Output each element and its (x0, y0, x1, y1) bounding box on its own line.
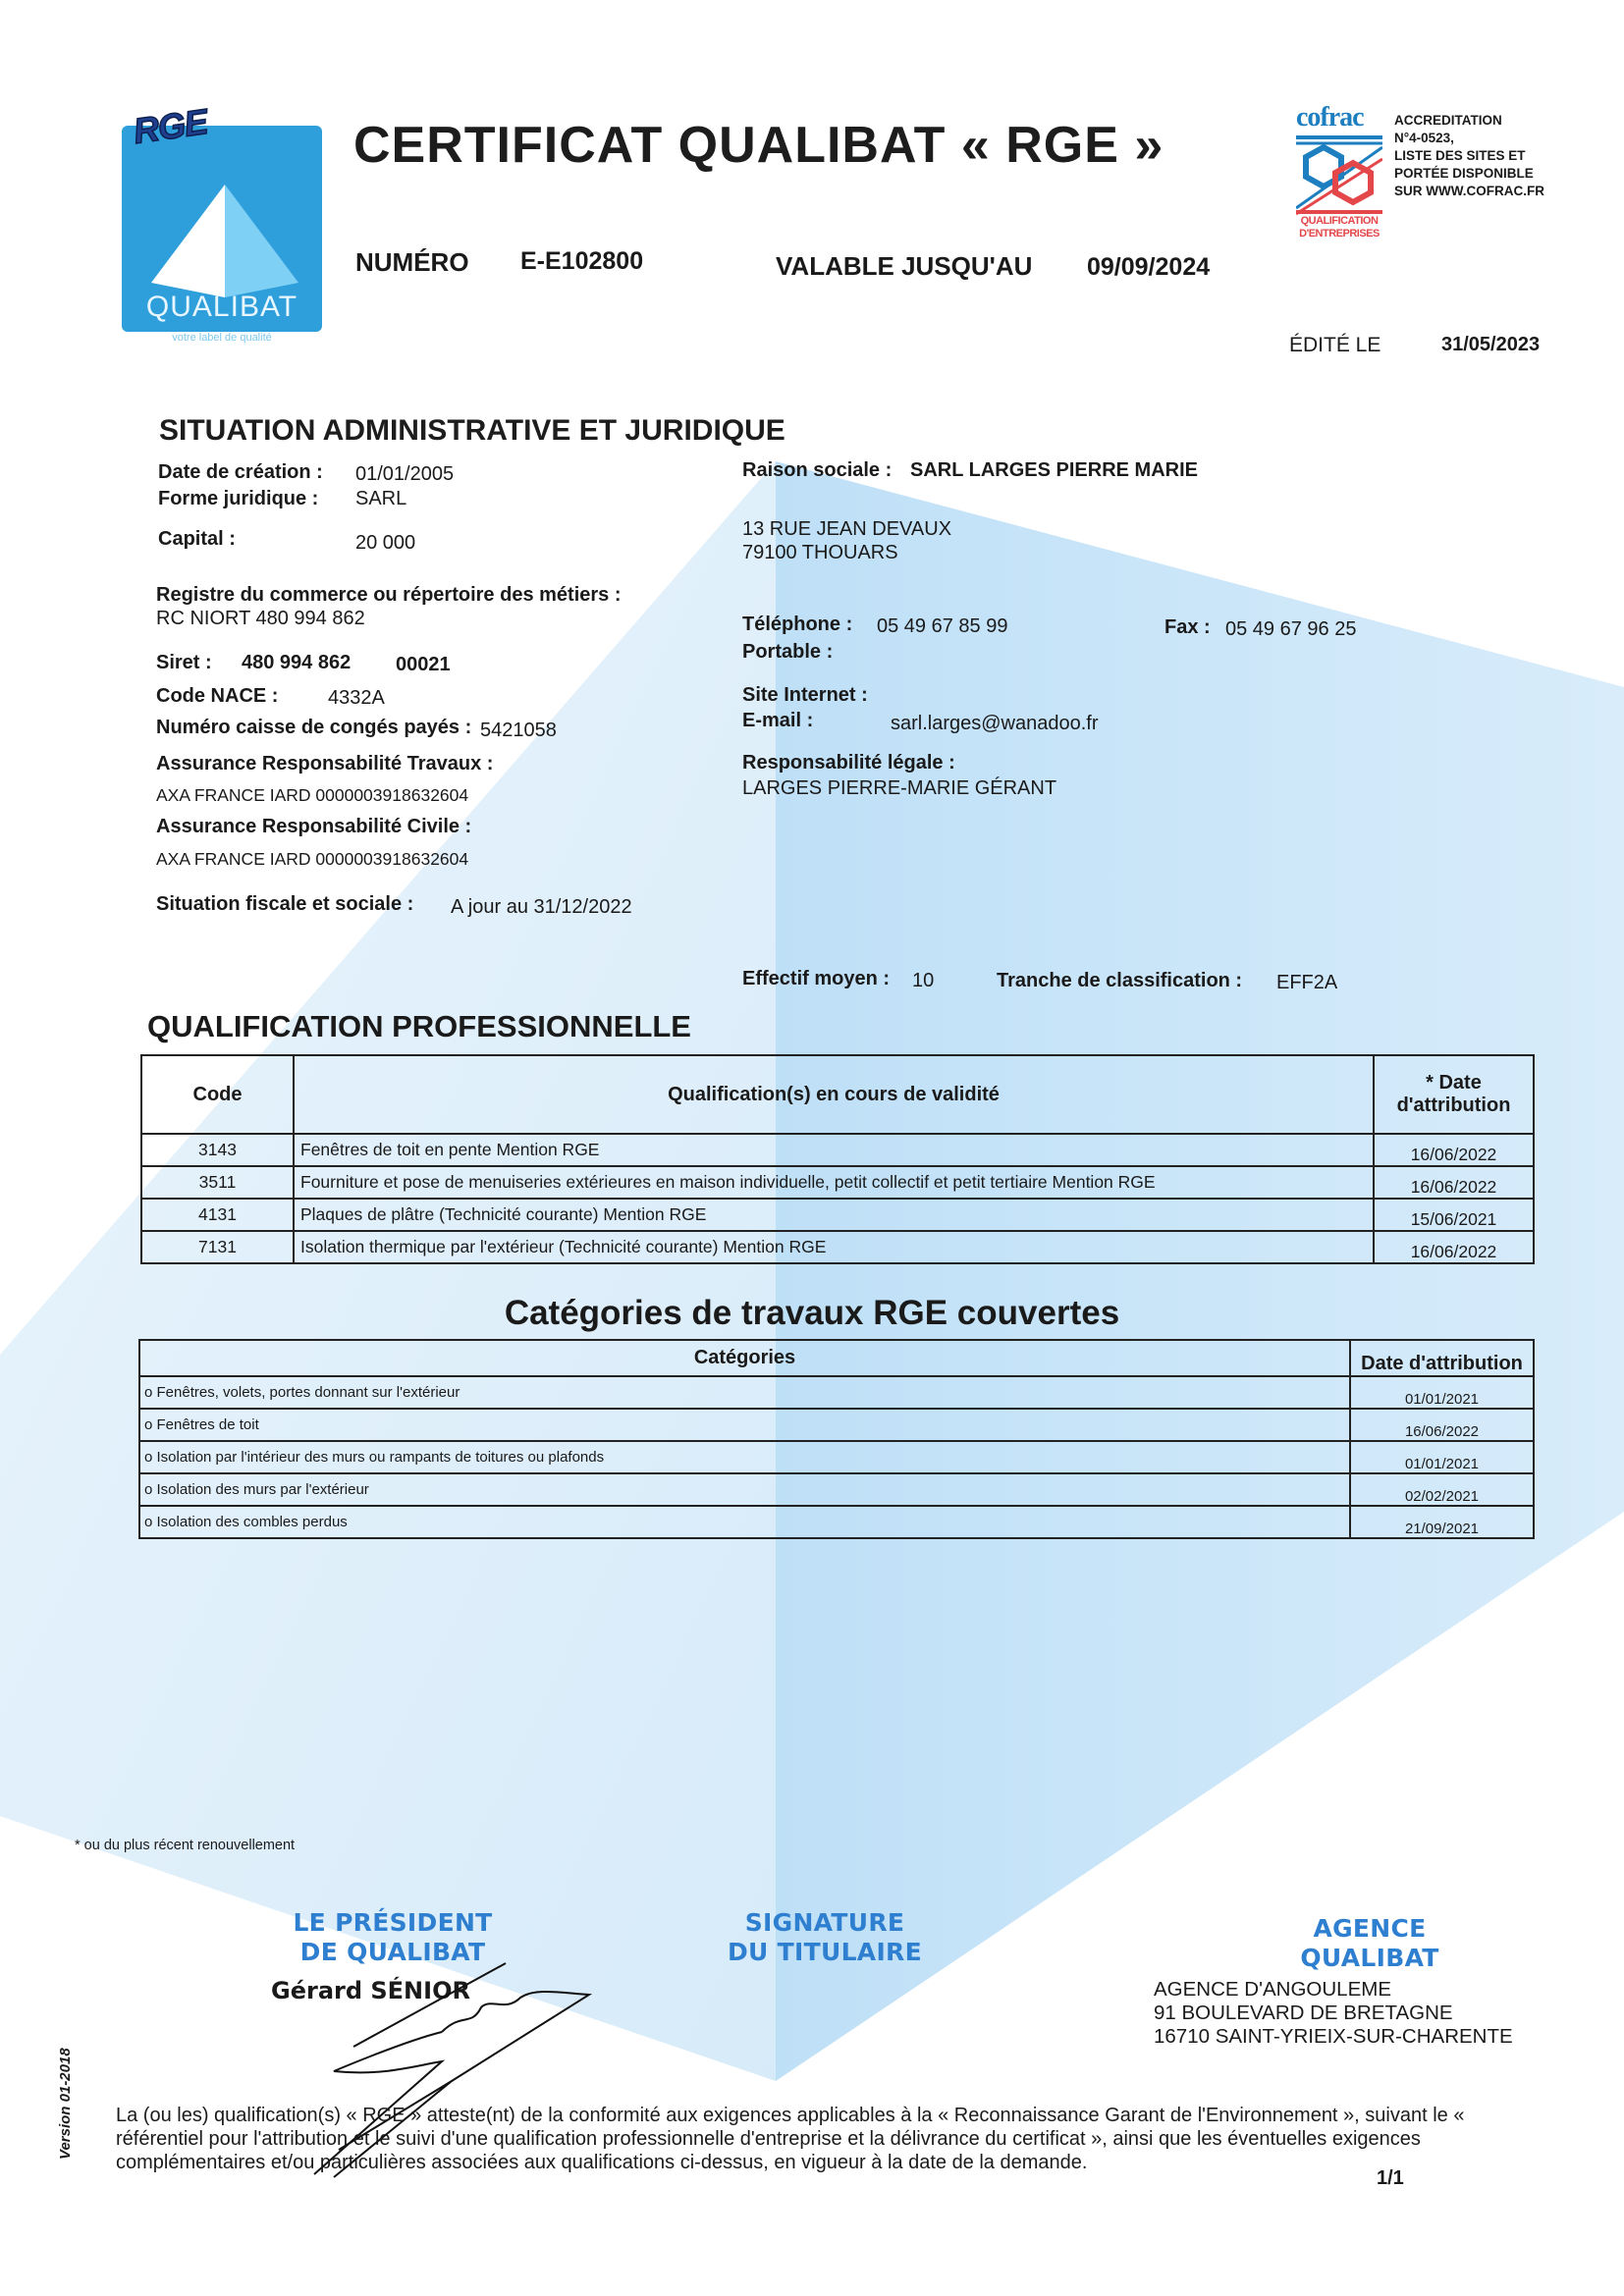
situation-section-title: SITUATION ADMINISTRATIVE ET JURIDIQUE (159, 414, 785, 448)
cofrac-sub-line: QUALIFICATION (1296, 215, 1382, 228)
category-date: 01/01/2021 (1350, 1376, 1534, 1409)
cofrac-subtitle: QUALIFICATION D'ENTREPRISES (1296, 215, 1382, 240)
qualification-code: 7131 (141, 1231, 294, 1263)
assurance-travaux-label: Assurance Responsabilité Travaux : (156, 753, 493, 775)
table-row: 7131 Isolation thermique par l'extérieur… (141, 1231, 1534, 1263)
fax-label: Fax : (1164, 616, 1211, 639)
category-label: o Isolation des murs par l'extérieur (139, 1473, 1350, 1506)
registre-value: RC NIORT 480 994 862 (156, 608, 365, 630)
qualification-header-row: Code Qualification(s) en cours de validi… (141, 1055, 1534, 1134)
column-header-code: Code (141, 1055, 294, 1134)
registre-label: Registre du commerce ou répertoire des m… (156, 584, 622, 607)
edite-date: 31/05/2023 (1441, 334, 1540, 356)
titulaire-title-line: SIGNATURE (707, 1908, 943, 1938)
qualification-date: 16/06/2022 (1374, 1166, 1534, 1199)
assurance-civile-label: Assurance Responsabilité Civile : (156, 816, 471, 838)
category-label: o Isolation par l'intérieur des murs ou … (139, 1441, 1350, 1473)
column-header-qualification: Qualification(s) en cours de validité (294, 1055, 1374, 1134)
responsabilite-value: LARGES PIERRE-MARIE GÉRANT (742, 777, 1056, 800)
assurance-travaux-value: AXA FRANCE IARD 0000003918632604 (156, 785, 468, 806)
footnote: * ou du plus récent renouvellement (75, 1838, 295, 1853)
accreditation-line: N°4-0523, (1394, 130, 1544, 147)
capital-value: 20 000 (355, 532, 415, 555)
certificate-title: CERTIFICAT QUALIBAT « RGE » (353, 116, 1164, 175)
page-number: 1/1 (1377, 2167, 1404, 2190)
category-date: 16/06/2022 (1350, 1409, 1534, 1441)
telephone-label: Téléphone : (742, 614, 852, 636)
category-label: o Fenêtres de toit (139, 1409, 1350, 1441)
assurance-civile-value: AXA FRANCE IARD 0000003918632604 (156, 849, 468, 870)
category-date: 21/09/2021 (1350, 1506, 1534, 1538)
qualification-code: 3511 (141, 1166, 294, 1199)
qualification-code: 3143 (141, 1134, 294, 1166)
agence-address-line: 91 BOULEVARD DE BRETAGNE (1154, 2002, 1513, 2025)
pyramid-icon (151, 185, 298, 297)
conges-label: Numéro caisse de congés payés : (156, 717, 471, 739)
agence-address-line: AGENCE D'ANGOULEME (1154, 1978, 1513, 2002)
agence-title-line: AGENCE (1267, 1914, 1473, 1944)
qualification-section-title: QUALIFICATION PROFESSIONNELLE (147, 1009, 691, 1044)
qualification-label: Isolation thermique par l'extérieur (Tec… (294, 1231, 1374, 1263)
numero-value: E-E102800 (520, 247, 643, 276)
situation-fiscale-value: A jour au 31/12/2022 (451, 896, 632, 919)
column-header-date: Date d'attribution (1350, 1340, 1534, 1376)
forme-juridique-label: Forme juridique : (158, 488, 318, 510)
table-row: 3511 Fourniture et pose de menuiseries e… (141, 1166, 1534, 1199)
table-row: o Isolation des combles perdus 21/09/202… (139, 1506, 1534, 1538)
valable-label: VALABLE JUSQU'AU (776, 251, 1032, 282)
qualification-label: Fenêtres de toit en pente Mention RGE (294, 1134, 1374, 1166)
site-internet-label: Site Internet : (742, 684, 868, 707)
category-date: 02/02/2021 (1350, 1473, 1534, 1506)
accreditation-text: ACCREDITATION N°4-0523, LISTE DES SITES … (1394, 112, 1544, 200)
agence-address: AGENCE D'ANGOULEME 91 BOULEVARD DE BRETA… (1154, 1978, 1513, 2049)
column-header-categories: Catégories (139, 1340, 1350, 1376)
table-row: o Isolation des murs par l'extérieur 02/… (139, 1473, 1534, 1506)
accreditation-line: LISTE DES SITES ET (1394, 147, 1544, 165)
telephone-value: 05 49 67 85 99 (877, 615, 1007, 638)
email-value[interactable]: sarl.larges@wanadoo.fr (891, 713, 1099, 735)
siret-value: 480 994 862 (242, 652, 351, 674)
table-row: o Isolation par l'intérieur des murs ou … (139, 1441, 1534, 1473)
valable-value: 09/09/2024 (1087, 253, 1210, 282)
effectif-value: 10 (912, 970, 934, 992)
date-header-line: * Date (1375, 1072, 1533, 1095)
categories-header-row: Catégories Date d'attribution (139, 1340, 1534, 1376)
raison-sociale-label: Raison sociale : (742, 459, 892, 482)
date-header-line: d'attribution (1375, 1095, 1533, 1117)
tranche-label: Tranche de classification : (997, 970, 1242, 992)
agence-title: AGENCE QUALIBAT (1267, 1914, 1473, 1973)
qualification-label: Fourniture et pose de menuiseries extéri… (294, 1166, 1374, 1199)
siret-suffix: 00021 (396, 654, 451, 676)
date-creation-value: 01/01/2005 (355, 463, 454, 486)
edite-label: ÉDITÉ LE (1289, 334, 1380, 357)
tranche-value: EFF2A (1276, 972, 1337, 994)
siret-label: Siret : (156, 652, 212, 674)
qualibat-logo-name: QUALIBAT (122, 291, 322, 324)
table-row: o Fenêtres de toit 16/06/2022 (139, 1409, 1534, 1441)
nace-label: Code NACE : (156, 685, 278, 708)
effectif-label: Effectif moyen : (742, 968, 890, 990)
qualification-date: 15/06/2021 (1374, 1199, 1534, 1231)
date-creation-label: Date de création : (158, 461, 323, 484)
accreditation-line: ACCREDITATION (1394, 112, 1544, 130)
column-header-date: * Date d'attribution (1374, 1055, 1534, 1134)
portable-label: Portable : (742, 641, 833, 664)
cofrac-hexagon-icon (1296, 133, 1382, 216)
address-line2: 79100 THOUARS (742, 542, 898, 564)
qualification-code: 4131 (141, 1199, 294, 1231)
table-row: o Fenêtres, volets, portes donnant sur l… (139, 1376, 1534, 1409)
qualibat-rge-logo: QUALIBAT votre label de qualité RGE (116, 106, 324, 336)
categories-table: Catégories Date d'attribution o Fenêtres… (138, 1339, 1535, 1539)
accreditation-line: PORTÉE DISPONIBLE (1394, 165, 1544, 183)
forme-juridique-value: SARL (355, 488, 406, 510)
categories-section-title: Catégories de travaux RGE couvertes (0, 1294, 1624, 1333)
cofrac-wordmark: cofrac (1296, 102, 1364, 133)
cofrac-logo: cofrac QUALIFICATION D'ENTREPRISES (1296, 102, 1382, 249)
situation-fiscale-label: Situation fiscale et sociale : (156, 893, 413, 916)
conges-value: 5421058 (480, 720, 557, 742)
numero-label: NUMÉRO (355, 247, 469, 278)
category-label: o Fenêtres, volets, portes donnant sur l… (139, 1376, 1350, 1409)
category-label: o Isolation des combles perdus (139, 1506, 1350, 1538)
email-label: E-mail : (742, 710, 813, 732)
legal-text: La (ou les) qualification(s) « RGE » att… (116, 2104, 1549, 2174)
version-label: Version 01-2018 (57, 2048, 74, 2160)
qualification-date: 16/06/2022 (1374, 1134, 1534, 1166)
qualification-date: 16/06/2022 (1374, 1231, 1534, 1263)
agence-title-line: QUALIBAT (1267, 1944, 1473, 1973)
table-row: 4131 Plaques de plâtre (Technicité coura… (141, 1199, 1534, 1231)
raison-sociale-value: SARL LARGES PIERRE MARIE (910, 459, 1198, 482)
titulaire-title-line: DU TITULAIRE (707, 1938, 943, 1967)
qualification-table: Code Qualification(s) en cours de validi… (140, 1054, 1535, 1264)
responsabilite-label: Responsabilité légale : (742, 752, 955, 774)
cofrac-sub-line: D'ENTREPRISES (1296, 228, 1382, 240)
accreditation-line: SUR WWW.COFRAC.FR (1394, 183, 1544, 200)
nace-value: 4332A (328, 687, 385, 710)
category-date: 01/01/2021 (1350, 1441, 1534, 1473)
qualibat-logo-tagline: votre label de qualité (122, 332, 322, 344)
agence-address-line: 16710 SAINT-YRIEIX-SUR-CHARENTE (1154, 2025, 1513, 2049)
fax-value: 05 49 67 96 25 (1225, 618, 1356, 641)
titulaire-signature-title: SIGNATURE DU TITULAIRE (707, 1908, 943, 1967)
qualibat-logo-box: QUALIBAT votre label de qualité (122, 126, 322, 332)
capital-label: Capital : (158, 528, 236, 551)
address-line1: 13 RUE JEAN DEVAUX (742, 518, 951, 541)
qualification-label: Plaques de plâtre (Technicité courante) … (294, 1199, 1374, 1231)
president-title-line: LE PRÉSIDENT (285, 1908, 501, 1938)
table-row: 3143 Fenêtres de toit en pente Mention R… (141, 1134, 1534, 1166)
